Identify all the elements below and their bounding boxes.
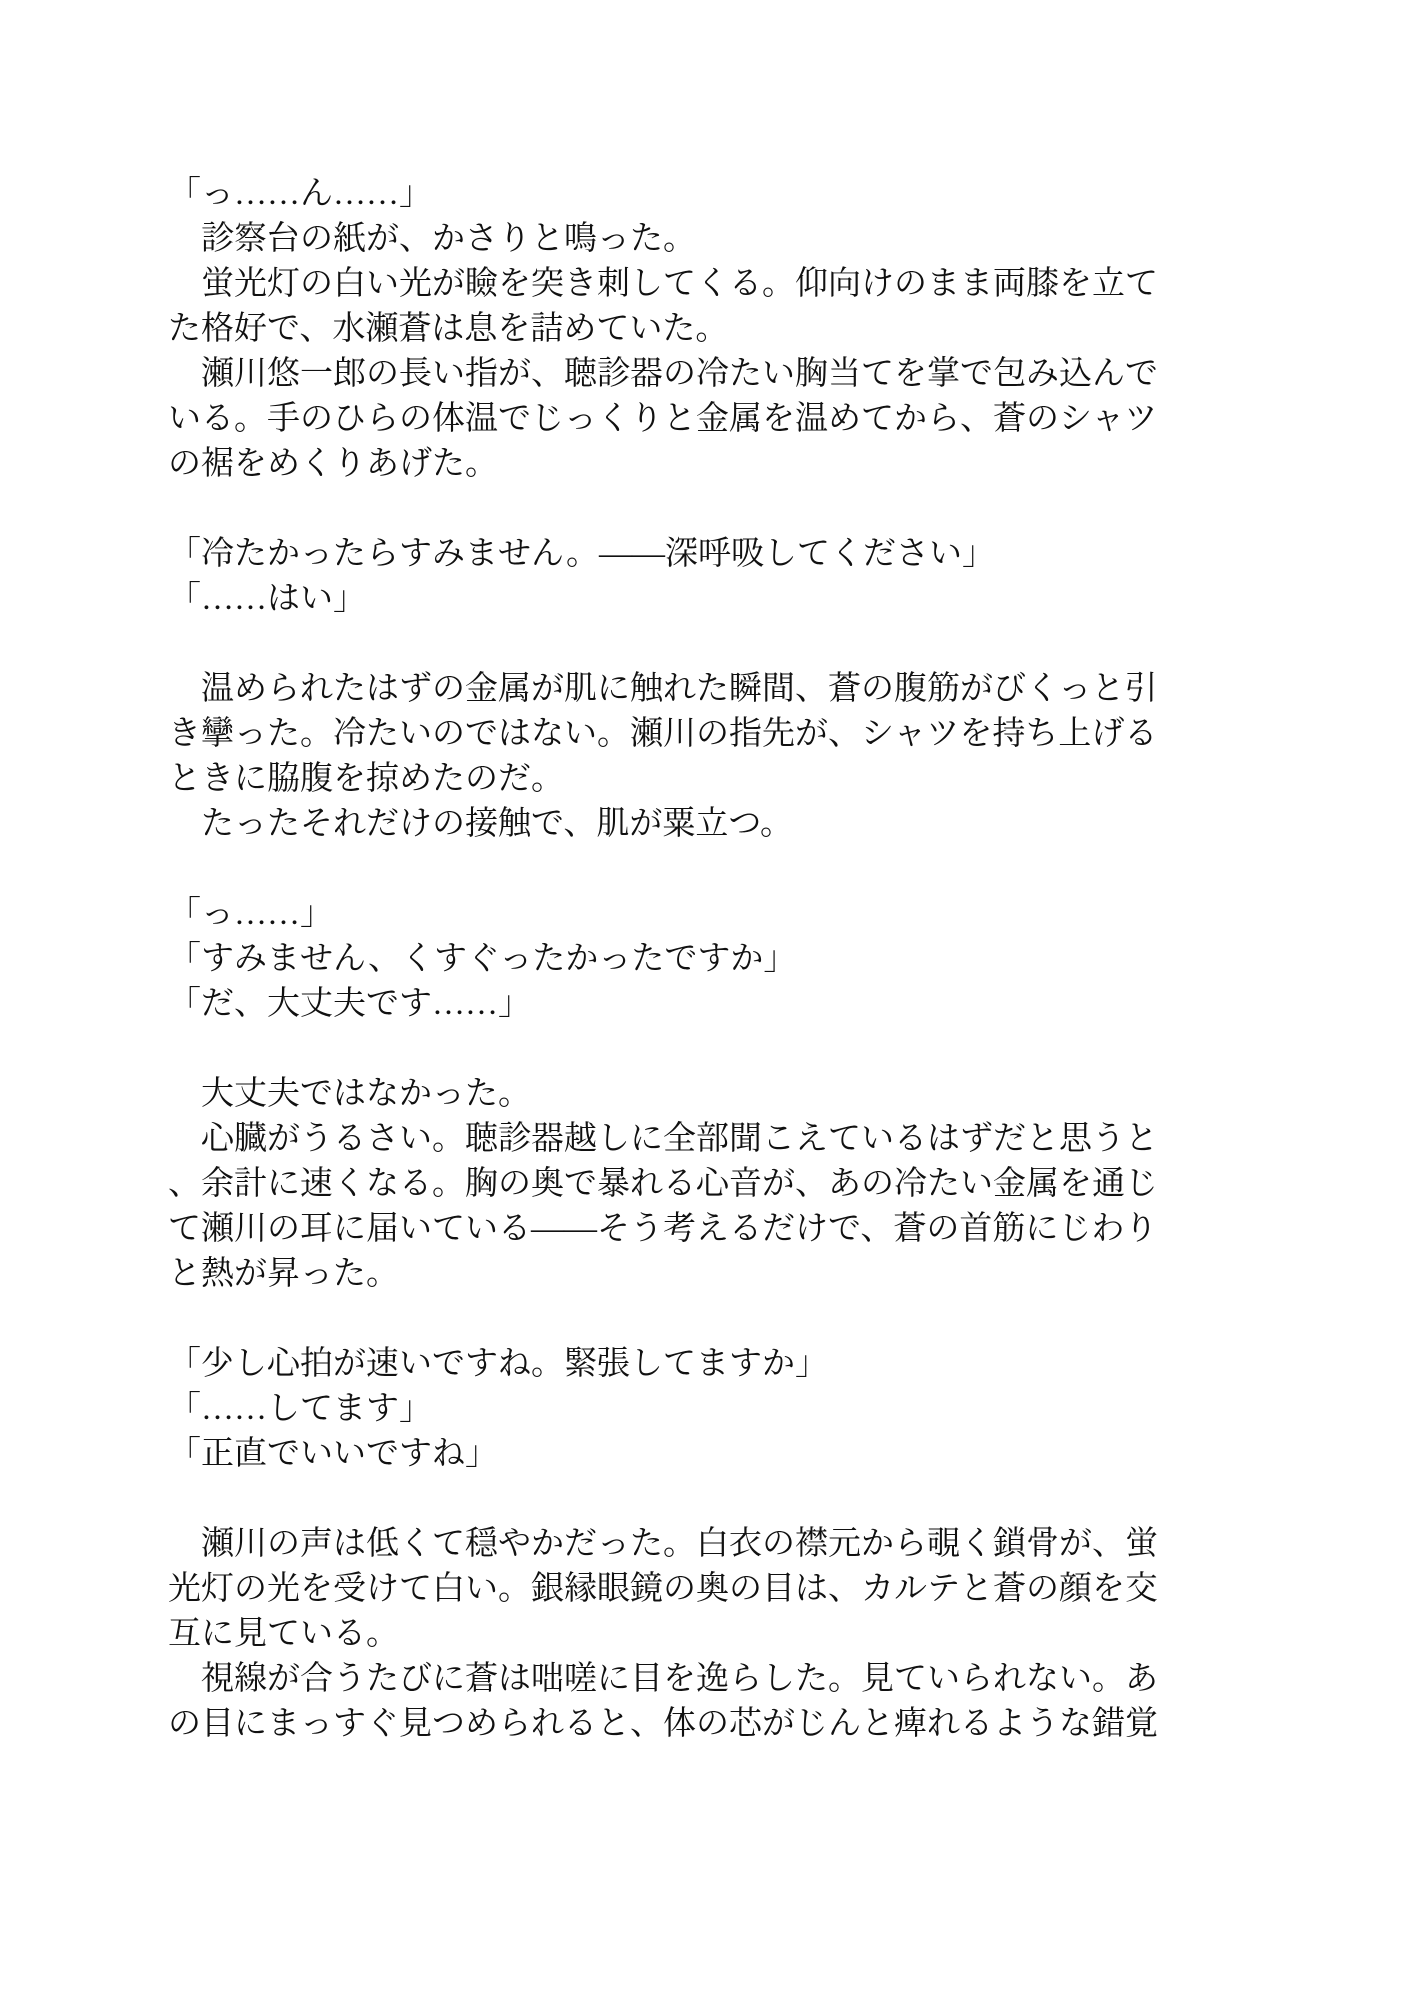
text-line: ときに脇腹を掠めたのだ。 bbox=[168, 757, 1168, 802]
text-line: 互に見ている。 bbox=[168, 1612, 1168, 1657]
text-line: の裾をめくりあげた。 bbox=[168, 442, 1168, 487]
blank-line bbox=[168, 847, 1168, 892]
blank-line bbox=[168, 1477, 1168, 1522]
blank-line bbox=[168, 487, 1168, 532]
text-line: 「だ、大丈夫です……」 bbox=[168, 982, 1168, 1027]
text-line: 視線が合うたびに蒼は咄嗟に目を逸らした。見ていられない。あ bbox=[168, 1657, 1168, 1702]
text-line: たったそれだけの接触で、肌が粟立つ。 bbox=[168, 802, 1168, 847]
text-line: た格好で、水瀬蒼は息を詰めていた。 bbox=[168, 307, 1168, 352]
text-line: 診察台の紙が、かさりと鳴った。 bbox=[168, 217, 1168, 262]
text-line: と熱が昇った。 bbox=[168, 1252, 1168, 1297]
text-line: 光灯の光を受けて白い。銀縁眼鏡の奥の目は、カルテと蒼の顔を交 bbox=[168, 1567, 1168, 1612]
blank-line bbox=[168, 622, 1168, 667]
text-line: 蛍光灯の白い光が瞼を突き刺してくる。仰向けのまま両膝を立て bbox=[168, 262, 1168, 307]
text-line: 温められたはずの金属が肌に触れた瞬間、蒼の腹筋がびくっと引 bbox=[168, 667, 1168, 712]
text-line: 瀬川の声は低くて穏やかだった。白衣の襟元から覗く鎖骨が、蛍 bbox=[168, 1522, 1168, 1567]
text-line: いる。手のひらの体温でじっくりと金属を温めてから、蒼のシャツ bbox=[168, 397, 1168, 442]
text-line: き攣った。冷たいのではない。瀬川の指先が、シャツを持ち上げる bbox=[168, 712, 1168, 757]
text-line: 「……はい」 bbox=[168, 577, 1168, 622]
text-line: て瀬川の耳に届いている――そう考えるだけで、蒼の首筋にじわり bbox=[168, 1207, 1168, 1252]
text-line: 「っ……ん……」 bbox=[168, 172, 1168, 217]
blank-line bbox=[168, 1297, 1168, 1342]
text-line: 「すみません、くすぐったかったですか」 bbox=[168, 937, 1168, 982]
novel-page: 「っ……ん……」 診察台の紙が、かさりと鳴った。 蛍光灯の白い光が瞼を突き刺して… bbox=[0, 0, 1415, 2000]
text-line: 、余計に速くなる。胸の奥で暴れる心音が、あの冷たい金属を通じ bbox=[168, 1162, 1168, 1207]
text-line: 「正直でいいですね」 bbox=[168, 1432, 1168, 1477]
manuscript-text-block: 「っ……ん……」 診察台の紙が、かさりと鳴った。 蛍光灯の白い光が瞼を突き刺して… bbox=[168, 172, 1168, 1747]
text-line: 「少し心拍が速いですね。緊張してますか」 bbox=[168, 1342, 1168, 1387]
text-line: 大丈夫ではなかった。 bbox=[168, 1072, 1168, 1117]
text-line: 「冷たかったらすみません。――深呼吸してください」 bbox=[168, 532, 1168, 577]
text-line: 心臓がうるさい。聴診器越しに全部聞こえているはずだと思うと bbox=[168, 1117, 1168, 1162]
blank-line bbox=[168, 1027, 1168, 1072]
text-line: の目にまっすぐ見つめられると、体の芯がじんと痺れるような錯覚 bbox=[168, 1702, 1168, 1747]
text-line: 瀬川悠一郎の長い指が、聴診器の冷たい胸当てを掌で包み込んで bbox=[168, 352, 1168, 397]
text-line: 「っ……」 bbox=[168, 892, 1168, 937]
text-line: 「……してます」 bbox=[168, 1387, 1168, 1432]
